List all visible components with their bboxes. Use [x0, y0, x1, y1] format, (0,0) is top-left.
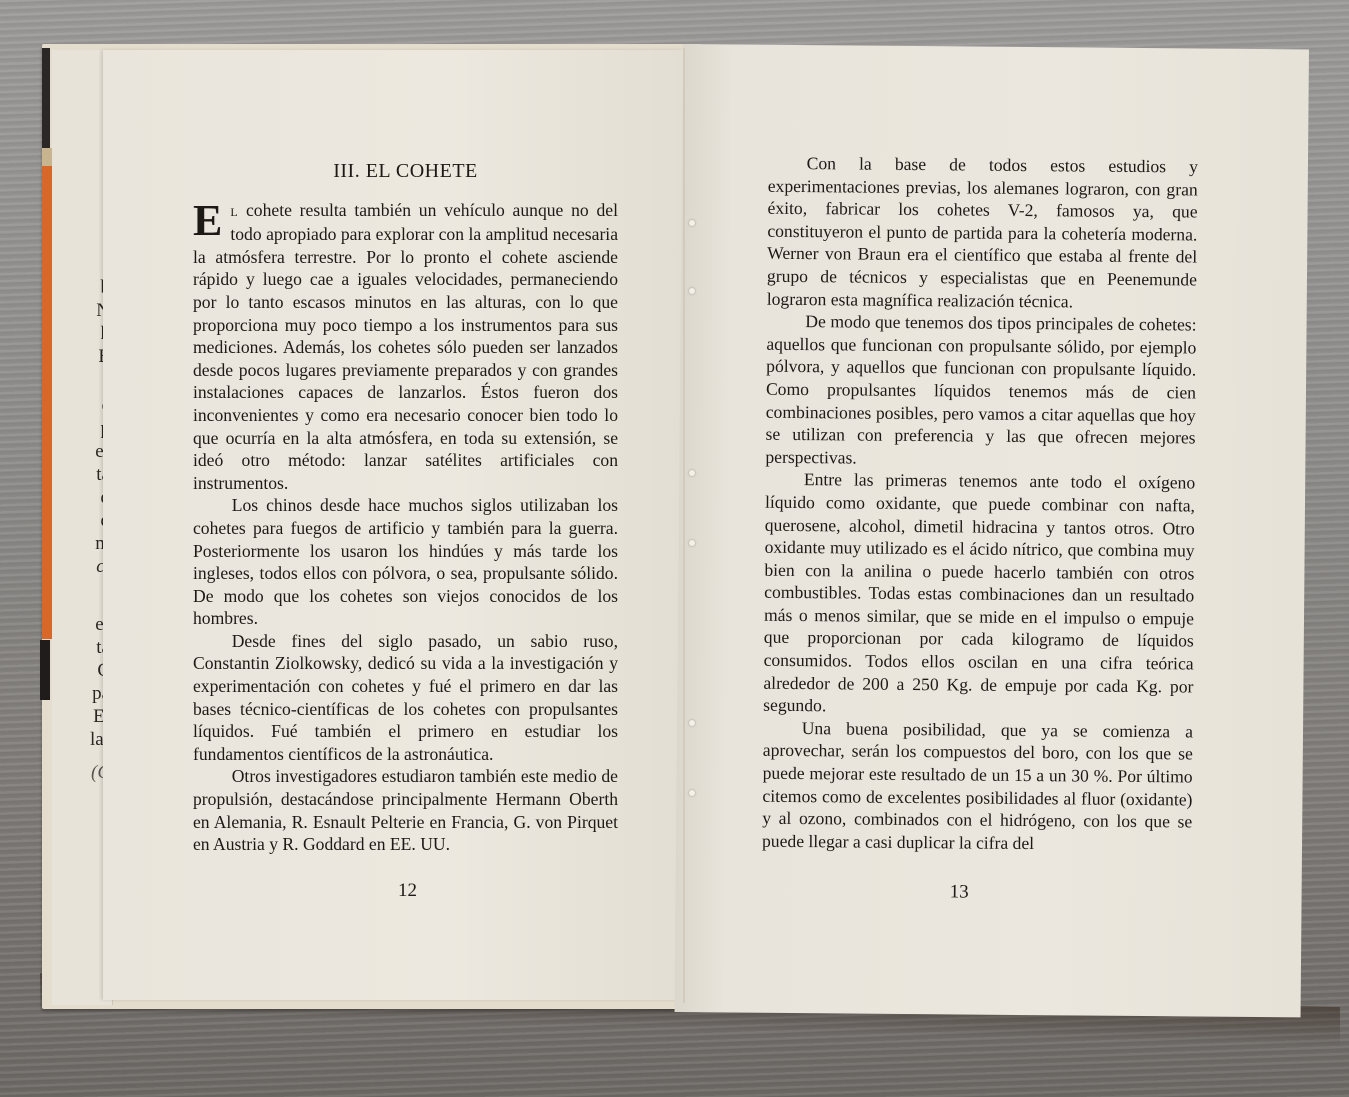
paragraph: Una buena posibilidad, que ya se comienz… — [762, 717, 1193, 856]
right-page: Con la base de todos estos estudios y ex… — [675, 44, 1309, 1017]
page-number: 13 — [950, 881, 969, 903]
binding-stitch — [689, 220, 695, 226]
left-page: III. EL COHETE EL cohete resulta también… — [103, 50, 683, 1000]
paragraph: Los chinos desde hace muchos siglos util… — [193, 494, 618, 630]
paragraph: Entre las primeras tenemos ante todo el … — [763, 468, 1195, 720]
binding-stitch — [689, 470, 695, 476]
paragraph: EL cohete resulta también un vehículo au… — [193, 199, 618, 495]
cover-spine-dark-band — [42, 48, 50, 148]
page-number: 12 — [398, 880, 417, 902]
right-page-text: Con la base de todos estos estudios y ex… — [762, 152, 1198, 856]
paragraph: De modo que tenemos dos tipos principale… — [765, 310, 1196, 472]
cover-spine-beige-band — [42, 148, 52, 166]
cover-spine-lower-dark-band — [40, 640, 50, 700]
paragraph: Con la base de todos estos estudios y ex… — [767, 152, 1198, 314]
paragraph: Desde fines del siglo pasado, un sabio r… — [193, 630, 618, 766]
chapter-title: III. EL COHETE — [193, 160, 618, 183]
drop-cap: E — [193, 203, 222, 239]
binding-stitch — [689, 540, 695, 546]
binding-stitch — [689, 720, 695, 726]
left-page-text: III. EL COHETE EL cohete resulta también… — [193, 160, 618, 856]
book-gutter — [683, 48, 685, 1003]
binding-stitch — [689, 288, 695, 294]
paragraph: Otros investigadores estudiaron también … — [193, 765, 618, 855]
binding-stitch — [689, 790, 695, 796]
paragraph-text: cohete resulta también un vehículo aunqu… — [193, 200, 618, 493]
